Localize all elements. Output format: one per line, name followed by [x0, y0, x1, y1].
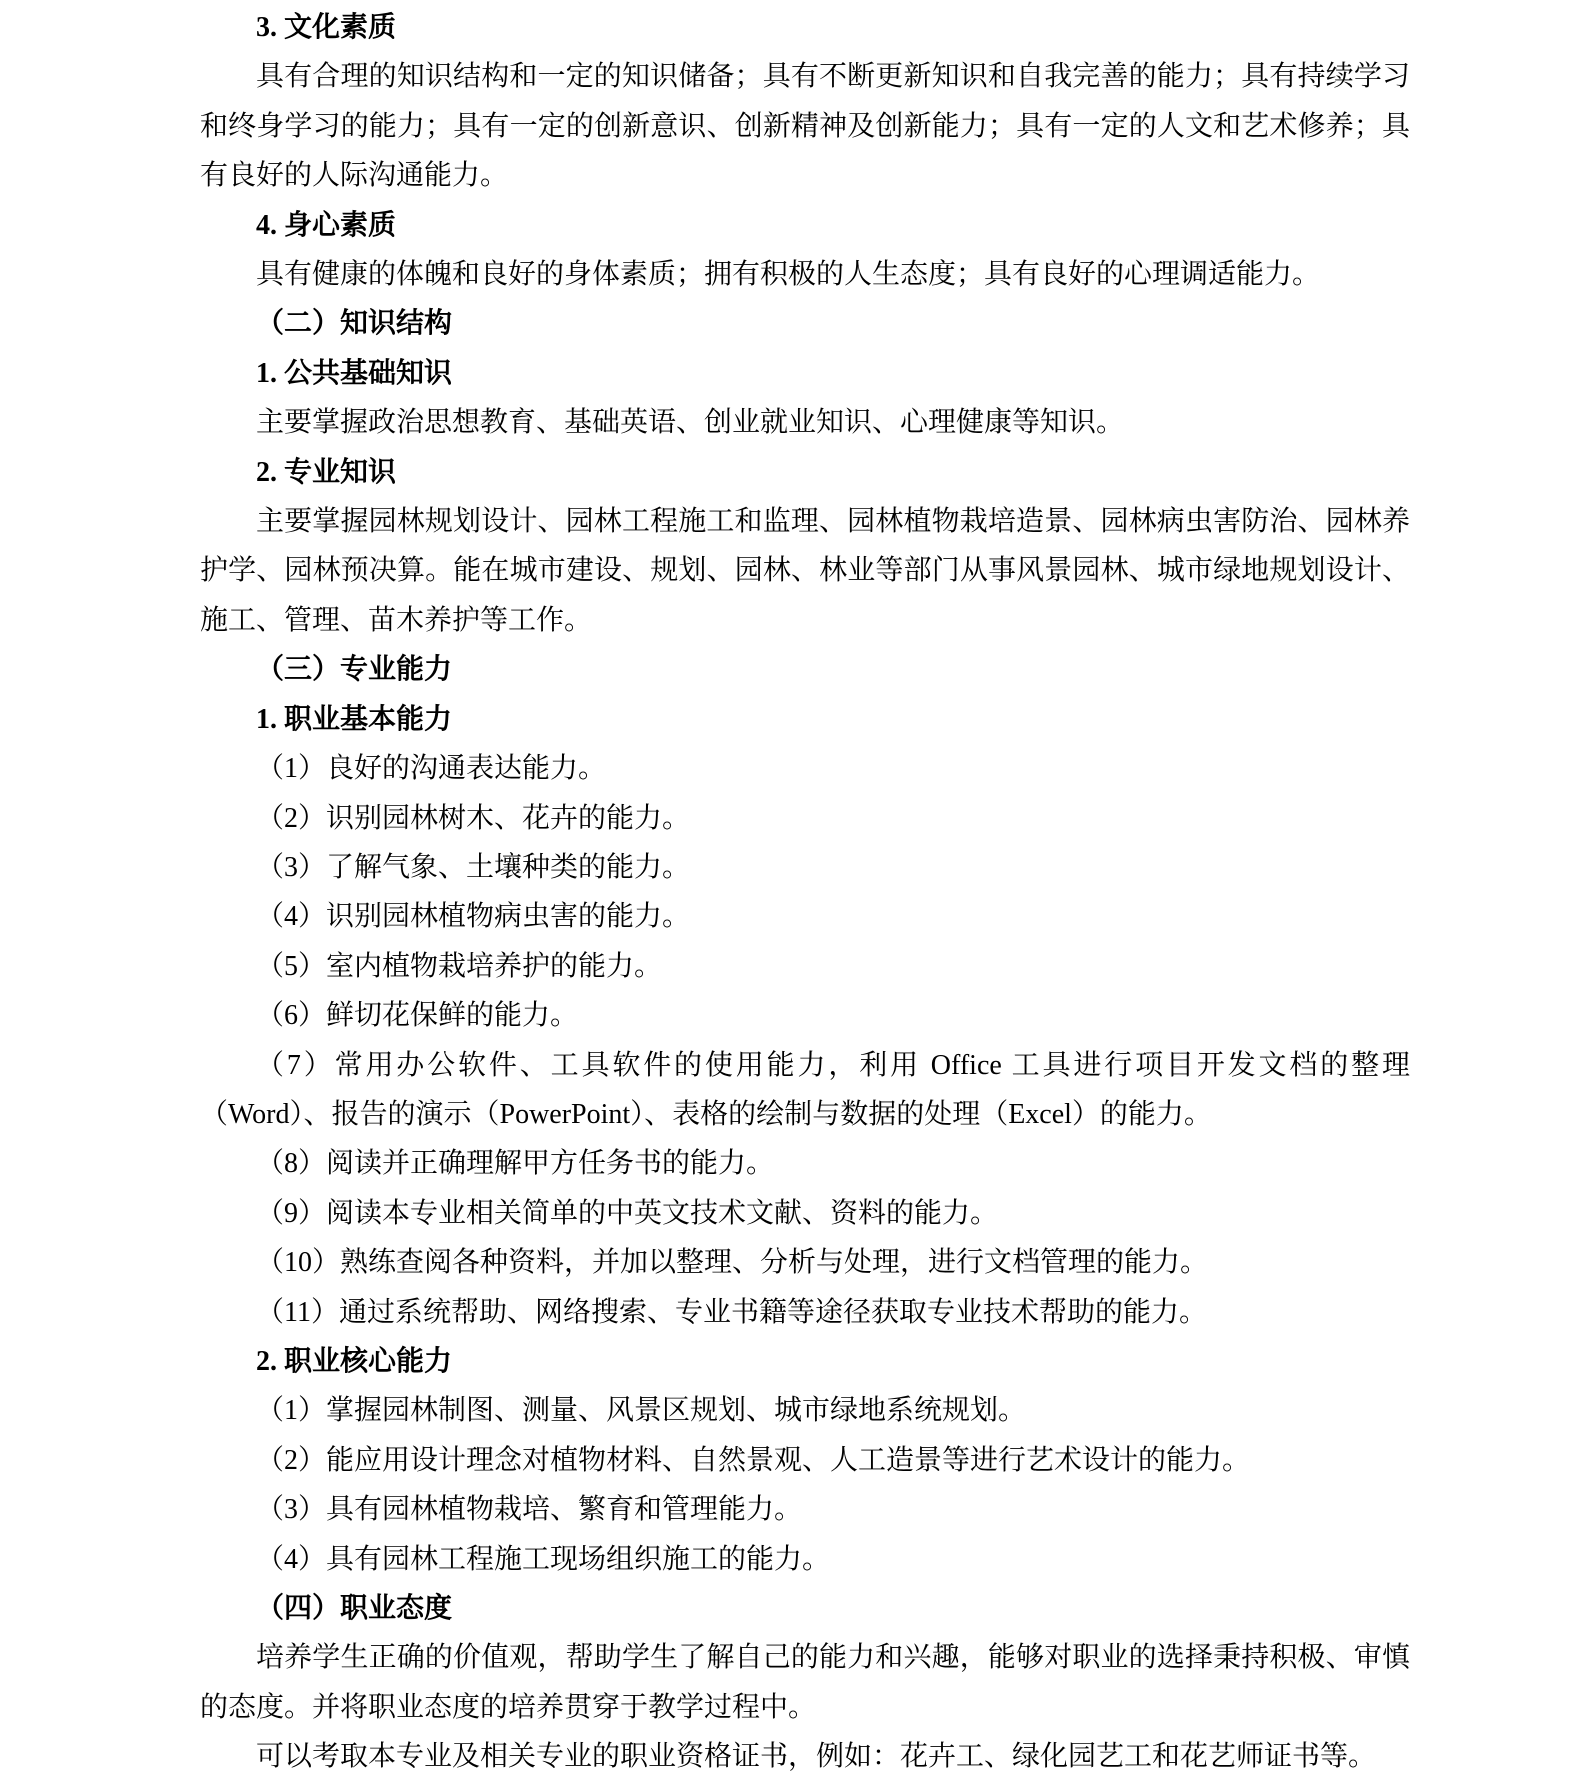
- body-paragraph: （9）阅读本专业相关简单的中英文技术文献、资料的能力。: [200, 1189, 1410, 1238]
- body-paragraph: （2）识别园林树木、花卉的能力。: [200, 794, 1410, 843]
- document-page: 3. 文化素质具有合理的知识结构和一定的知识储备；具有不断更新知识和自我完善的能…: [0, 0, 1586, 1789]
- section-heading: （四）职业态度: [200, 1584, 1410, 1633]
- section-heading: （二）知识结构: [200, 299, 1410, 348]
- body-paragraph: （4）识别园林植物病虫害的能力。: [200, 892, 1410, 941]
- section-heading: 2. 职业核心能力: [200, 1337, 1410, 1386]
- body-paragraph: 主要掌握政治思想教育、基础英语、创业就业知识、心理健康等知识。: [200, 398, 1410, 447]
- body-paragraph: （8）阅读并正确理解甲方任务书的能力。: [200, 1139, 1410, 1188]
- body-paragraph: 培养学生正确的价值观，帮助学生了解自己的能力和兴趣，能够对职业的选择秉持积极、审…: [200, 1633, 1410, 1732]
- body-paragraph: （10）熟练查阅各种资料，并加以整理、分析与处理，进行文档管理的能力。: [200, 1238, 1410, 1287]
- body-paragraph: （1）良好的沟通表达能力。: [200, 744, 1410, 793]
- body-paragraph: （1）掌握园林制图、测量、风景区规划、城市绿地系统规划。: [200, 1386, 1410, 1435]
- body-paragraph: （11）通过系统帮助、网络搜索、专业书籍等途径获取专业技术帮助的能力。: [200, 1288, 1410, 1337]
- section-heading: 1. 公共基础知识: [200, 349, 1410, 398]
- body-paragraph: （7）常用办公软件、工具软件的使用能力，利用 Office 工具进行项目开发文档…: [200, 1041, 1410, 1140]
- body-paragraph: 可以考取本专业及相关专业的职业资格证书，例如：花卉工、绿化园艺工和花艺师证书等。: [200, 1732, 1410, 1781]
- document-text-area: 3. 文化素质具有合理的知识结构和一定的知识储备；具有不断更新知识和自我完善的能…: [200, 3, 1410, 1782]
- body-paragraph: （4）具有园林工程施工现场组织施工的能力。: [200, 1535, 1410, 1584]
- section-heading: 3. 文化素质: [200, 3, 1410, 52]
- body-paragraph: （5）室内植物栽培养护的能力。: [200, 942, 1410, 991]
- section-heading: 4. 身心素质: [200, 201, 1410, 250]
- body-paragraph: 具有健康的体魄和良好的身体素质；拥有积极的人生态度；具有良好的心理调适能力。: [200, 250, 1410, 299]
- section-heading: 1. 职业基本能力: [200, 695, 1410, 744]
- body-paragraph: 具有合理的知识结构和一定的知识储备；具有不断更新知识和自我完善的能力；具有持续学…: [200, 52, 1410, 200]
- section-heading: （三）专业能力: [200, 645, 1410, 694]
- body-paragraph: （3）具有园林植物栽培、繁育和管理能力。: [200, 1485, 1410, 1534]
- body-paragraph: 主要掌握园林规划设计、园林工程施工和监理、园林植物栽培造景、园林病虫害防治、园林…: [200, 497, 1410, 645]
- section-heading: 2. 专业知识: [200, 448, 1410, 497]
- body-paragraph: （3）了解气象、土壤种类的能力。: [200, 843, 1410, 892]
- body-paragraph: （2）能应用设计理念对植物材料、自然景观、人工造景等进行艺术设计的能力。: [200, 1436, 1410, 1485]
- body-paragraph: （6）鲜切花保鲜的能力。: [200, 991, 1410, 1040]
